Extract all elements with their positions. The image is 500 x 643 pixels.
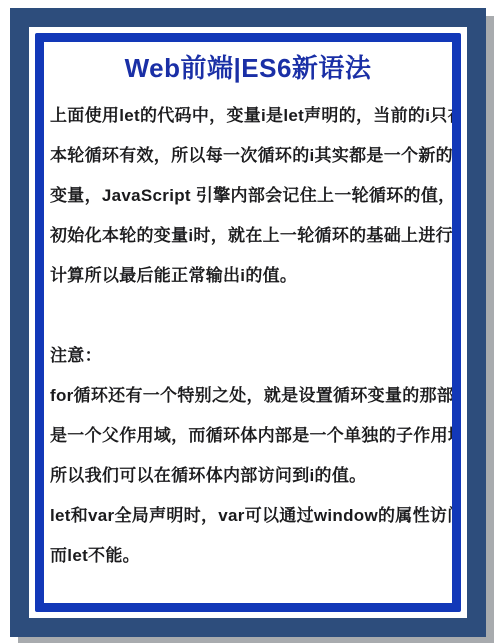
text-line: let和var全局声明时，var可以通过window的属性访问 xyxy=(50,496,446,536)
text-line: 是一个父作用域，而循环体内部是一个单独的子作用域， xyxy=(50,416,446,456)
text-line: 所以我们可以在循环体内部访问到i的值。 xyxy=(50,456,446,496)
note-heading: 注意： xyxy=(50,336,446,376)
text-line: 初始化本轮的变量i时，就在上一轮循环的基础上进行 xyxy=(50,216,446,256)
paragraph-gap xyxy=(50,296,446,336)
note-section: 注意： for循环还有一个特别之处，就是设置循环变量的那部分 是一个父作用域，而… xyxy=(50,336,446,576)
page-title: Web前端|ES6新语法 xyxy=(50,46,446,90)
text-line: 而let不能。 xyxy=(50,536,446,576)
text-line: 变量，JavaScript 引擎内部会记住上一轮循环的值， xyxy=(50,176,446,216)
card-frame: Web前端|ES6新语法 上面使用let的代码中，变量i是let声明的，当前的i… xyxy=(10,8,486,637)
text-line: 本轮循环有效，所以每一次循环的i其实都是一个新的 xyxy=(50,136,446,176)
card-inner: Web前端|ES6新语法 上面使用let的代码中，变量i是let声明的，当前的i… xyxy=(35,33,461,612)
paragraph-let-explanation: 上面使用let的代码中，变量i是let声明的，当前的i只在 本轮循环有效，所以每… xyxy=(50,96,446,296)
text-line: 上面使用let的代码中，变量i是let声明的，当前的i只在 xyxy=(50,96,446,136)
text-line: 计算所以最后能正常输出i的值。 xyxy=(50,256,446,296)
text-line: for循环还有一个特别之处，就是设置循环变量的那部分 xyxy=(50,376,446,416)
